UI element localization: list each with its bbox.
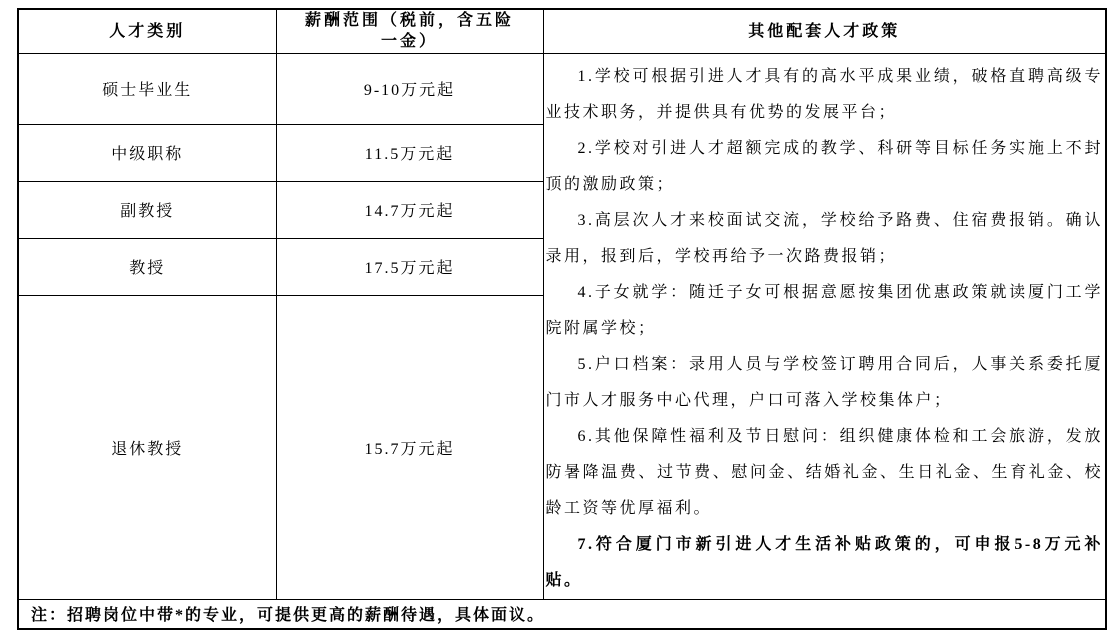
salary-cell: 15.7万元起: [276, 295, 543, 599]
category-cell: 退休教授: [18, 295, 276, 599]
table-row: 硕士毕业生 9-10万元起 1.学校可根据引进人才具有的高水平成果业绩，破格直聘…: [18, 53, 1106, 124]
category-cell: 中级职称: [18, 124, 276, 181]
header-other-policies: 其他配套人才政策: [543, 9, 1106, 53]
policy-paragraph-7: 7.符合厦门市新引进人才生活补贴政策的，可申报5-8万元补贴。: [546, 527, 1104, 599]
policy-paragraph-4: 4.子女就学：随迁子女可根据意愿按集团优惠政策就读厦门工学院附属学校；: [546, 275, 1104, 347]
category-cell: 硕士毕业生: [18, 53, 276, 124]
footnote-text: 注：招聘岗位中带*的专业，可提供更高的薪酬待遇，具体面议。: [18, 599, 1106, 629]
recruitment-salary-policy-table: 人才类别 薪酬范围（税前，含五险一金） 其他配套人才政策 硕士毕业生 9-10万…: [17, 8, 1107, 630]
policy-paragraph-6: 6.其他保障性福利及节日慰问：组织健康体检和工会旅游，发放防暑降温费、过节费、慰…: [546, 419, 1104, 527]
policies-cell: 1.学校可根据引进人才具有的高水平成果业绩，破格直聘高级专业技术职务，并提供具有…: [543, 53, 1106, 599]
header-talent-category: 人才类别: [18, 9, 276, 53]
salary-cell: 11.5万元起: [276, 124, 543, 181]
salary-cell: 9-10万元起: [276, 53, 543, 124]
policy-paragraph-3: 3.高层次人才来校面试交流，学校给予路费、住宿费报销。确认录用，报到后，学校再给…: [546, 203, 1104, 275]
salary-cell: 17.5万元起: [276, 238, 543, 295]
salary-cell: 14.7万元起: [276, 181, 543, 238]
category-cell: 教授: [18, 238, 276, 295]
policy-paragraph-1: 1.学校可根据引进人才具有的高水平成果业绩，破格直聘高级专业技术职务，并提供具有…: [546, 59, 1104, 131]
policy-paragraph-5: 5.户口档案：录用人员与学校签订聘用合同后，人事关系委托厦门市人才服务中心代理，…: [546, 347, 1104, 419]
header-salary-range: 薪酬范围（税前，含五险一金）: [276, 9, 543, 53]
policy-paragraph-2: 2.学校对引进人才超额完成的教学、科研等目标任务实施上不封顶的激励政策；: [546, 131, 1104, 203]
table-header-row: 人才类别 薪酬范围（税前，含五险一金） 其他配套人才政策: [18, 9, 1106, 53]
table-note-row: 注：招聘岗位中带*的专业，可提供更高的薪酬待遇，具体面议。: [18, 599, 1106, 629]
category-cell: 副教授: [18, 181, 276, 238]
